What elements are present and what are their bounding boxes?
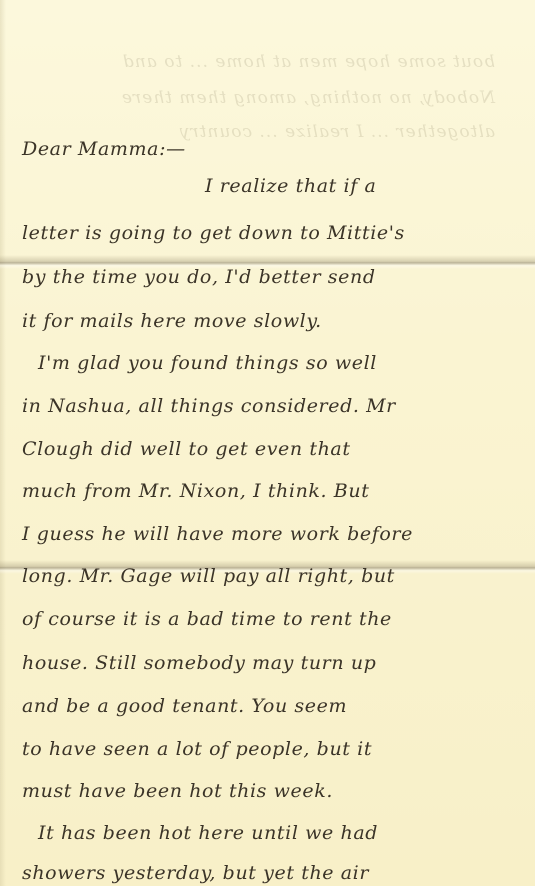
letter-line: I'm glad you found things so well [38,352,521,374]
letter-line: to have seen a lot of people, but it [22,738,521,760]
letter-line: long. Mr. Gage will pay all right, but [22,565,521,587]
letter-page: bout some hope men at home ... to and No… [0,0,535,886]
letter-line: of course it is a bad time to rent the [22,608,521,630]
salutation: Dear Mamma:— [22,138,521,160]
letter-line: I guess he will have more work before [22,523,521,545]
letter-line: It has been hot here until we had [38,822,521,844]
letter-line: by the time you do, I'd better send [22,266,521,288]
letter-line: showers yesterday, but yet the air [22,862,521,884]
letter-line: much from Mr. Nixon, I think. But [22,480,521,502]
bleed-through-line: bout some hope men at home ... to and [0,52,535,72]
bleed-through-line: Nobody, no nothing, among them there [0,88,535,108]
letter-line: I realize that if a [205,175,521,197]
letter-line: letter is going to get down to Mittie's [22,222,521,244]
letter-line: house. Still somebody may turn up [22,652,521,674]
letter-line: must have been hot this week. [22,780,521,802]
letter-line: Clough did well to get even that [22,438,521,460]
letter-line: in Nashua, all things considered. Mr [22,395,521,417]
letter-line: and be a good tenant. You seem [22,695,521,717]
letter-line: it for mails here move slowly. [22,310,521,332]
